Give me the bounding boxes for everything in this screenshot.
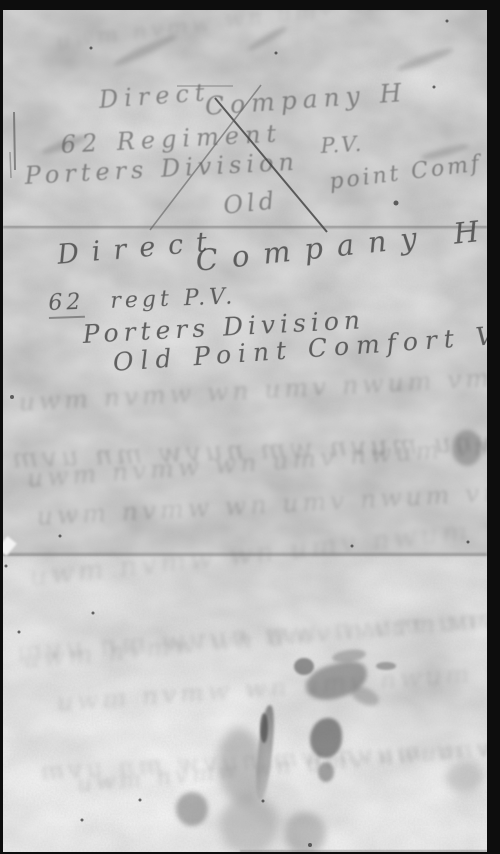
scan-border-left — [0, 0, 3, 854]
address1-unit: P.V. — [320, 132, 364, 158]
address1-place-start: Old — [222, 186, 279, 220]
address2-regiment-rest: regt P.V. — [110, 284, 237, 313]
scanned-document: uwm nvmw wn umv nwum vm wnu muvn wm nuvw… — [0, 0, 500, 854]
word-gap — [85, 308, 111, 309]
scan-border-top — [0, 0, 500, 10]
scan-border-right — [487, 0, 500, 854]
fold-crease-lower — [3, 553, 487, 556]
address2-regiment-number: 62 — [48, 290, 85, 319]
